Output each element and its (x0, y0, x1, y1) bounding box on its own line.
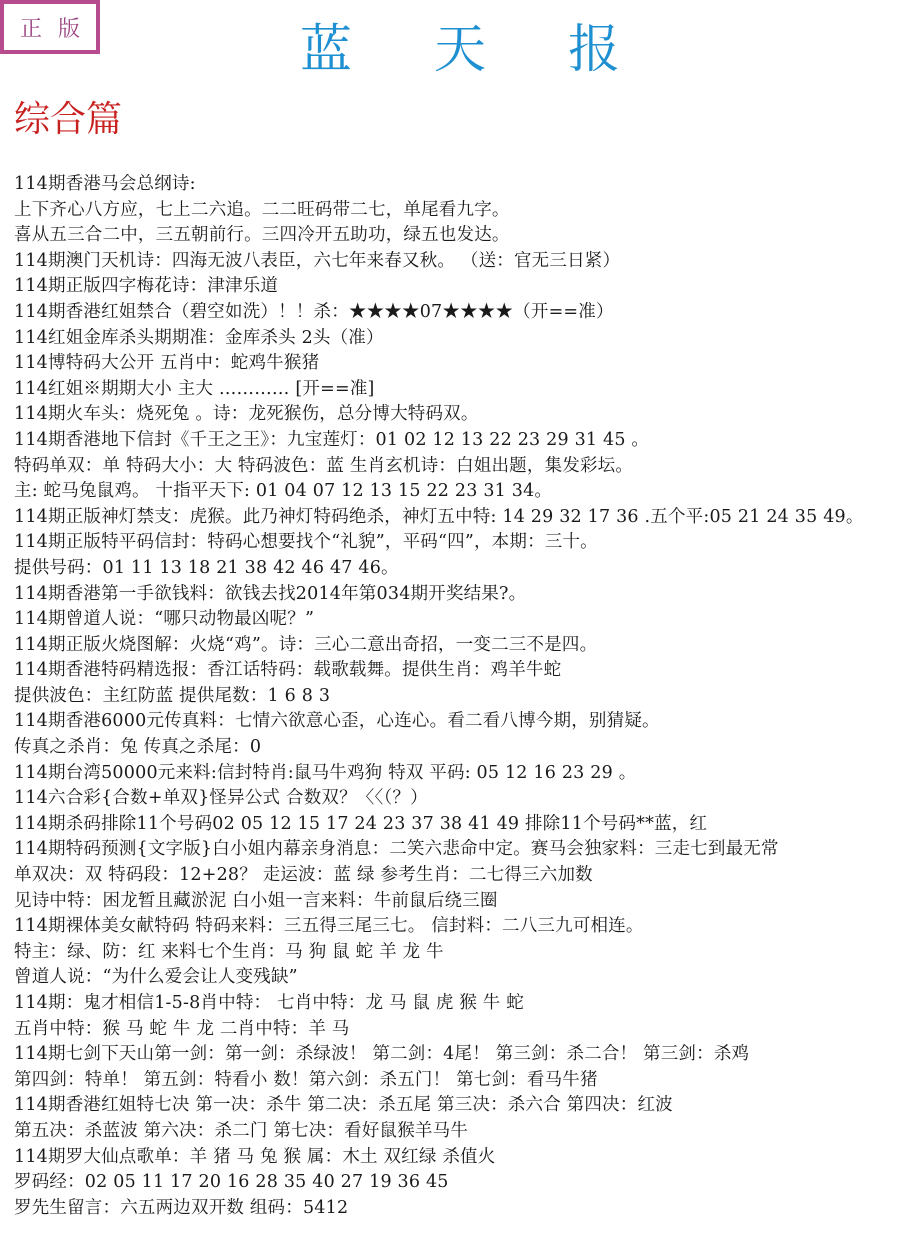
text-line: 五肖中特：猴 马 蛇 牛 龙 二肖中特：羊 马 (14, 1017, 900, 1043)
masthead-char: 报 (568, 18, 620, 82)
text-line: 114期特码预测{文字版}白小姐内幕亲身消息：二笑六悲命中定。赛马会独家料：三走… (14, 837, 900, 863)
badge-char: 正 (20, 12, 42, 43)
text-line: 上下齐心八方应，七上二六追。二二旺码带二七，单尾看九字。 (14, 198, 900, 224)
text-line: 114期罗大仙点歌单：羊 猪 马 兔 猴 属：木土 双红绿 杀值火 (14, 1145, 900, 1171)
text-line: 见诗中特：困龙暂且藏淤泥 白小姐一言来料：牛前鼠后绕三圈 (14, 889, 900, 915)
text-line: 罗先生留言：六五两边双开数 组码：5412 (14, 1196, 900, 1222)
text-line: 114期香港第一手欲钱料：欲钱去找2014年第034期开奖结果?。 (14, 582, 900, 608)
text-line: 114期香港马会总纲诗: (14, 172, 900, 198)
badge-char: 版 (58, 12, 80, 43)
masthead-char: 蓝 (300, 18, 352, 82)
text-line: 114期香港6000元传真料：七情六欲意心歪，心连心。看二看八博今期，别猜疑。 (14, 709, 900, 735)
text-line: 罗码经：02 05 11 17 20 16 28 35 40 27 19 36 … (14, 1170, 900, 1196)
text-line: 曾道人说：“为什么爱会让人变残缺” (14, 965, 900, 991)
text-line: 第五决：杀蓝波 第六决：杀二门 第七决：看好鼠猴羊马牛 (14, 1119, 900, 1145)
text-line: 114红姐金库杀头期期准：金库杀头 2头（准） (14, 326, 900, 352)
text-line: 114期正版特平码信封：特码心想要找个“礼貌”，平码“四”，本期：三十。 (14, 530, 900, 556)
newspaper-masthead: 蓝 天 报 (300, 18, 620, 82)
text-line: 114博特码大公开 五肖中：蛇鸡牛猴猪 (14, 351, 900, 377)
masthead-char: 天 (434, 18, 486, 82)
section-title: 综合篇 (14, 96, 122, 144)
text-line: 114期正版四字梅花诗：津津乐道 (14, 274, 900, 300)
text-line: 114期台湾50000元来料:信封特肖:鼠马牛鸡狗 特双 平码: 05 12 1… (14, 761, 900, 787)
text-line: 特主：绿、防：红 来料七个生肖：马 狗 鼠 蛇 羊 龙 牛 (14, 940, 900, 966)
text-line: 114红姐※期期大小 主大 ………… [开==准] (14, 377, 900, 403)
text-line: 114期火车头：烧死兔 。诗：龙死猴伤，总分博大特码双。 (14, 402, 900, 428)
text-line: 114期正版火烧图解：火烧“鸡”。诗：三心二意出奇招，一变二三不是四。 (14, 633, 900, 659)
text-line: 单双决：双 特码段：12+28？ 走运波：蓝 绿 参考生肖：二七得三六加数 (14, 863, 900, 889)
text-line: 114期澳门天机诗：四海无波八表臣，六七年来春又秋。 （送：官无三日紧） (14, 249, 900, 275)
text-line: 提供号码：01 11 13 18 21 38 42 46 47 46。 (14, 556, 900, 582)
text-line: 114期裸体美女献特码 特码来料：三五得三尾三七。 信封料：二八三九可相连。 (14, 914, 900, 940)
text-line: 114期七剑下天山第一剑：第一剑：杀绿波！ 第二剑：4尾！ 第三剑：杀二合！ 第… (14, 1042, 900, 1068)
text-line: 114期香港特码精选报：香江话特码：载歌载舞。提供生肖：鸡羊牛蛇 (14, 658, 900, 684)
text-line: 传真之杀肖：兔 传真之杀尾：0 (14, 735, 900, 761)
text-line: 提供波色：主红防蓝 提供尾数：1 6 8 3 (14, 684, 900, 710)
text-line: 114期香港地下信封《千王之王》：九宝莲灯：01 02 12 13 22 23 … (14, 428, 900, 454)
text-line: 114期曾道人说：“哪只动物最凶呢？” (14, 607, 900, 633)
article-body: 114期香港马会总纲诗: 上下齐心八方应，七上二六追。二二旺码带二七，单尾看九字… (14, 172, 900, 1221)
text-line: 114期杀码排除11个号码02 05 12 15 17 24 23 37 38 … (14, 812, 900, 838)
text-line: 第四剑：特单！ 第五剑：特看小 数！第六剑：杀五门！ 第七剑：看马牛猪 (14, 1068, 900, 1094)
text-line: 114期正版神灯禁支：虎猴。此乃神灯特码绝杀，神灯五中特: 14 29 32 1… (14, 505, 900, 531)
text-line: 114期香港红姐特七决 第一决：杀牛 第二决：杀五尾 第三决：杀六合 第四决：红… (14, 1093, 900, 1119)
text-line: 主: 蛇马兔鼠鸡。 十指平天下: 01 04 07 12 13 15 22 23… (14, 479, 900, 505)
text-line: 114期：鬼才相信1-5-8肖中特： 七肖中特：龙 马 鼠 虎 猴 牛 蛇 (14, 991, 900, 1017)
text-line: 特码单双：单 特码大小：大 特码波色：蓝 生肖玄机诗：白姐出题，集发彩坛。 (14, 454, 900, 480)
text-line: 114期香港红姐禁合（碧空如洗）！！杀：★★★★07★★★★（开==准） (14, 300, 900, 326)
authentic-edition-badge: 正 版 (0, 0, 100, 54)
text-line: 喜从五三合二中，三五朝前行。三四冷开五助功，绿五也发达。 (14, 223, 900, 249)
text-line: 114六合彩{合数+单双}怪异公式 合数双？〈〈（？） (14, 786, 900, 812)
